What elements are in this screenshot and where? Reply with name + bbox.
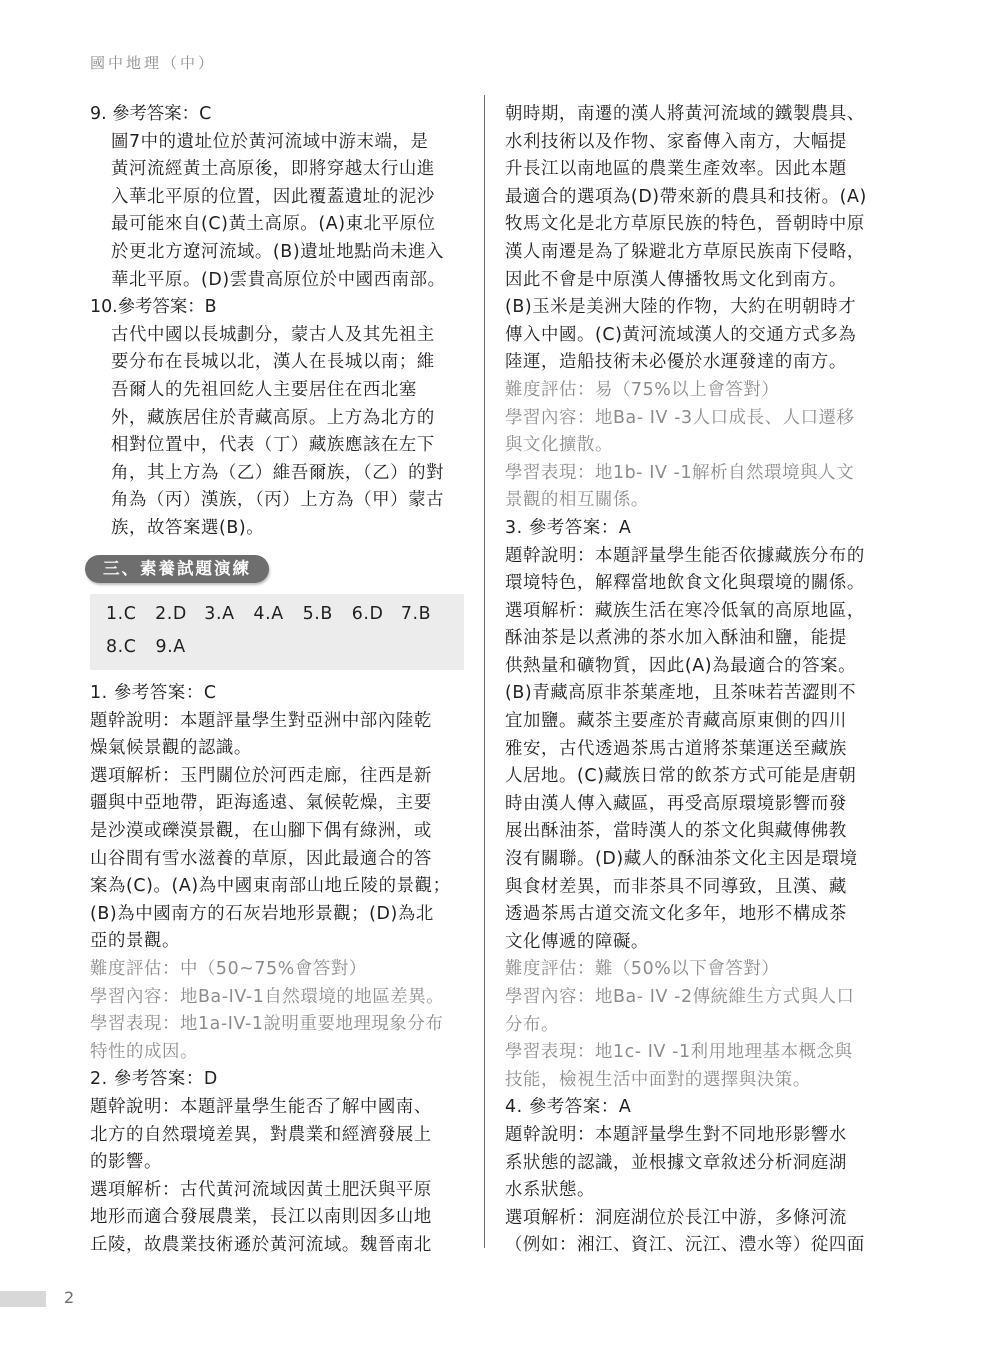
running-header-title: 國中地理（中） [90,52,216,73]
text-line: 案為(C)。(A)為中國東南部山地丘陵的景觀； [90,873,466,901]
text-line: 文化傳遞的障礙。 [505,929,881,957]
text-line: 最適合的選項為(D)帶來新的農具和技術。(A) [505,184,881,212]
text-line: (B)青藏高原非茶葉產地，且茶味若苦澀則不 [505,680,881,708]
text-line: (B)玉米是美洲大陸的作物，大約在明朝時才 [505,294,881,322]
section-heading-badge: 三、素養試題演練 [85,555,269,583]
text-line: 環境特色，解釋當地飲食文化與環境的關係。 [505,570,881,598]
learning-performance-line: 學習表現：地1a-IV-1說明重要地理現象分布 [90,1011,466,1039]
answer-line: 3. 參考答案：A [505,515,881,543]
text-line: 山谷間有雪水滋養的草原，因此最適合的答 [90,846,466,874]
answer-block-s2: 2. 參考答案：D 題幹說明：本題評量學生能否了解中國南、 北方的自然環境差異，… [90,1066,466,1259]
learning-performance-line: 學習表現：地1c- IV -1利用地理基本概念與 [505,1039,881,1067]
text-line: 選項解析：藏族生活在寒冷低氧的高原地區， [505,598,881,626]
answer-key-item: 3.A [204,598,253,631]
answer-key-item: 1.C [106,598,155,631]
learning-content-line: 與文化擴散。 [505,432,881,460]
text-line: 陸運，造船技術未必優於水運發達的南方。 [505,349,881,377]
text-line: 華北平原。(D)雲貴高原位於中國西南部。 [90,267,466,295]
text-line: 題幹說明：本題評量學生對不同地形影響水 [505,1122,881,1150]
answer-line: 4. 參考答案：A [505,1094,881,1122]
text-line: 圖7中的遺址位於黃河流域中游末端，是 [90,129,466,157]
text-line: 疆與中亞地帶，距海遙遠、氣候乾燥，主要 [90,790,466,818]
answer-key-box: 1.C 2.D 3.A 4.A 5.B 6.D 7.B 8.C 9.A [90,594,464,670]
answer-block-q9: 9. 參考答案：C 圖7中的遺址位於黃河流域中游末端，是 黃河流經黃土高原後，即… [90,101,466,294]
text-line: 黃河流經黃土高原後，即將穿越太行山進 [90,156,466,184]
learning-performance-line: 景觀的相互關係。 [505,487,881,515]
answer-key-row: 1.C 2.D 3.A 4.A 5.B 6.D 7.B [106,598,450,631]
text-line: 供熱量和礦物質，因此(A)為最適合的答案。 [505,653,881,681]
answer-block-s4: 4. 參考答案：A 題幹說明：本題評量學生對不同地形影響水 系狀態的認識，並根據… [505,1094,881,1260]
answer-block-s3: 3. 參考答案：A 題幹說明：本題評量學生能否依據藏族分布的 環境特色，解釋當地… [505,515,881,1094]
text-line: 漢人南遷是為了躲避北方草原民族南下侵略， [505,239,881,267]
text-line: 雅安，古代透過茶馬古道將茶葉運送至藏族 [505,736,881,764]
text-line: 要分布在長城以北，漢人在長城以南；維 [90,349,466,377]
text-line: 入華北平原的位置，因此覆蓋遺址的泥沙 [90,184,466,212]
difficulty-line: 難度評估：難（50%以下會答對） [505,956,881,984]
answer-key-item: 4.A [253,598,302,631]
difficulty-line: 難度評估：易（75%以上會答對） [505,377,881,405]
learning-content-line: 學習內容：地Ba-IV-1自然環境的地區差異。 [90,984,466,1012]
learning-content-line: 分布。 [505,1012,881,1040]
text-line: 水系狀態。 [505,1177,881,1205]
learning-performance-line: 學習表現：地1b- IV -1解析自然環境與人文 [505,460,881,488]
text-line: 北方的自然環境差異，對農業和經濟發展上 [90,1122,466,1150]
text-line: 與食材差異，而非茶具不同導致，且漢、藏 [505,874,881,902]
text-line: 系狀態的認識，並根據文章敘述分析洞庭湖 [505,1150,881,1178]
answer-line: 2. 參考答案：D [90,1066,466,1094]
answer-key-item: 7.B [401,598,450,631]
answer-key-item: 5.B [303,598,352,631]
answer-block-s1: 1. 參考答案：C 題幹說明：本題評量學生對亞洲中部內陸乾 燥氣候景觀的認識。 … [90,680,466,1066]
difficulty-line: 難度評估：中（50~75%會答對） [90,956,466,984]
text-line: 的影響。 [90,1149,466,1177]
answer-line: 1. 參考答案：C [90,680,466,708]
text-line: (B)為中國南方的石灰岩地形景觀；(D)為北 [90,901,466,929]
text-line: 選項解析：洞庭湖位於長江中游，多條河流 [505,1205,881,1233]
text-line: 牧馬文化是北方草原民族的特色，晉朝時中原 [505,211,881,239]
footer-bar [0,1291,46,1307]
text-line: 族，故答案選(B)。 [90,515,466,543]
text-line: 水利技術以及作物、家畜傳入南方，大幅提 [505,129,881,157]
answer-key-item: 8.C [106,631,156,664]
answer-key-row: 8.C 9.A [106,631,450,664]
text-line: 丘陵，故農業技術遜於黃河流域。魏晉南北 [90,1232,466,1260]
text-line: 升長江以南地區的農業生產效率。因此本題 [505,156,881,184]
text-line: 最可能來自(C)黃土高原。(A)東北平原位 [90,211,466,239]
learning-content-line: 學習內容：地Ba- IV -3人口成長、人口遷移 [505,405,881,433]
text-line: 時由漢人傳入藏區，再受高原環境影響而發 [505,791,881,819]
text-line: 亞的景觀。 [90,928,466,956]
column-divider [484,95,485,1248]
text-line: （例如：湘江、資江、沅江、澧水等）從四面 [505,1232,881,1260]
text-line: 於更北方遼河流域。(B)遺址地點尚未進入 [90,239,466,267]
learning-performance-line: 技能，檢視生活中面對的選擇與決策。 [505,1067,881,1095]
answer-key-item: 2.D [155,598,204,631]
answer-key-item: 9.A [156,631,206,664]
answer-block-q10: 10.參考答案：B 古代中國以長城劃分，蒙古人及其先祖主 要分布在長城以北，漢人… [90,294,466,542]
text-line: 展出酥油茶，當時漢人的茶文化與藏傳佛教 [505,818,881,846]
text-line: 宜加鹽。藏茶主要產於青藏高原東側的四川 [505,708,881,736]
text-line: 外，藏族居住於青藏高原。上方為北方的 [90,405,466,433]
answer-line: 9. 參考答案：C [90,101,466,129]
text-line: 傳入中國。(C)黃河流域漢人的交通方式多為 [505,322,881,350]
text-line: 人居地。(C)藏族日常的飲茶方式可能是唐朝 [505,763,881,791]
text-line: 因此不會是中原漢人傳播牧馬文化到南方。 [505,267,881,295]
text-line: 是沙漠或礫漠景觀，在山腳下偶有綠洲，或 [90,818,466,846]
left-column: 9. 參考答案：C 圖7中的遺址位於黃河流域中游末端，是 黃河流經黃土高原後，即… [90,101,466,1260]
text-line: 選項解析：古代黃河流域因黃土肥沃與平原 [90,1177,466,1205]
text-line: 沒有關聯。(D)藏人的酥油茶文化主因是環境 [505,846,881,874]
text-line: 角為（丙）漢族，（丙）上方為（甲）蒙古 [90,487,466,515]
answer-block-s2-continued: 朝時期，南遷的漢人將黃河流域的鐵製農具、 水利技術以及作物、家畜傳入南方，大幅提… [505,101,881,515]
text-line: 題幹說明：本題評量學生能否了解中國南、 [90,1094,466,1122]
text-line: 古代中國以長城劃分，蒙古人及其先祖主 [90,322,466,350]
text-line: 地形而適合發展農業，長江以南則因多山地 [90,1204,466,1232]
right-column: 朝時期，南遷的漢人將黃河流域的鐵製農具、 水利技術以及作物、家畜傳入南方，大幅提… [505,101,881,1260]
learning-performance-line: 特性的成因。 [90,1039,466,1067]
page-number: 2 [64,1288,74,1307]
text-line: 題幹說明：本題評量學生能否依據藏族分布的 [505,543,881,571]
answer-key-item: 6.D [352,598,401,631]
text-line: 酥油茶是以煮沸的茶水加入酥油和鹽，能提 [505,625,881,653]
text-line: 選項解析：玉門關位於河西走廊，往西是新 [90,763,466,791]
text-line: 吾爾人的先祖回紇人主要居住在西北塞 [90,377,466,405]
text-line: 相對位置中，代表（丁）藏族應該在左下 [90,432,466,460]
text-line: 題幹說明：本題評量學生對亞洲中部內陸乾 [90,708,466,736]
text-line: 朝時期，南遷的漢人將黃河流域的鐵製農具、 [505,101,881,129]
learning-content-line: 學習內容：地Ba- IV -2傳統維生方式與人口 [505,984,881,1012]
answer-line: 10.參考答案：B [90,294,466,322]
text-line: 角，其上方為（乙）維吾爾族，（乙）的對 [90,460,466,488]
text-line: 燥氣候景觀的認識。 [90,735,466,763]
text-line: 透過茶馬古道交流文化多年，地形不構成茶 [505,901,881,929]
